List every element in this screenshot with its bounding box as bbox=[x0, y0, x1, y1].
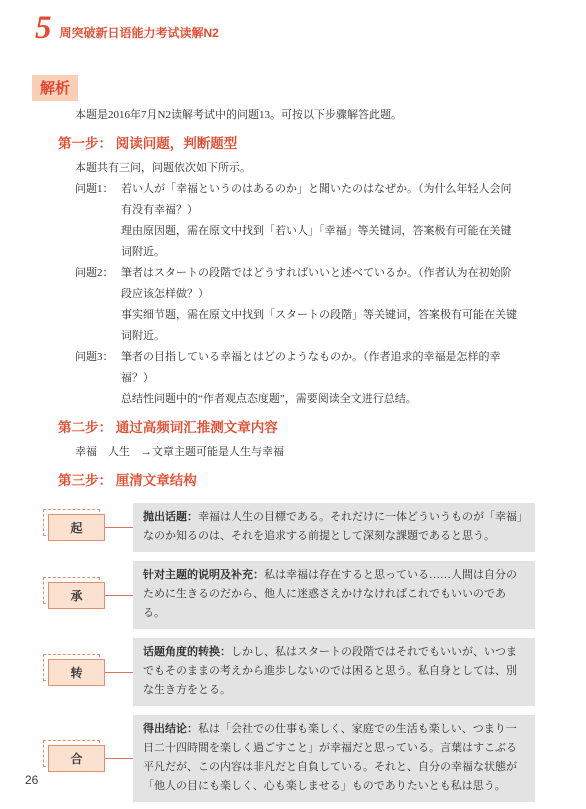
structure-tag-box: 起 bbox=[48, 514, 105, 541]
question-text: 筆者はスタートの段階ではどうすればいいと述べているか。（作者认为在初始阶段应该怎… bbox=[121, 263, 517, 305]
structure-diagram: 起 抛出话题：幸福は人生の目標である。それだけに一体どういうものが「幸福」なのか… bbox=[32, 503, 535, 802]
structure-tag-box: 转 bbox=[48, 659, 105, 686]
question-item-2: 问题2： 筆者はスタートの段階ではどうすればいいと述べているか。（作者认为在初始… bbox=[75, 263, 517, 347]
structure-tag-box: 合 bbox=[48, 745, 105, 772]
structure-row-left: 承 bbox=[32, 582, 133, 609]
intro-paragraph: 本题是2016年7月N2读解考试中的问题13。可按以下步骤解答此题。 bbox=[75, 104, 537, 126]
structure-lead: 得出结论： bbox=[143, 723, 198, 735]
question-item-3: 问题3： 筆者の目指している幸福とはどのようなものか。（作者追求的幸福是怎样的幸… bbox=[75, 347, 517, 410]
question-body: 筆者の目指している幸福とはどのようなものか。（作者追求的幸福是怎样的幸福？） 总… bbox=[121, 347, 517, 410]
book-page: 5 周突破新日语能力考试读解N2 解析 本题是2016年7月N2读解考试中的问题… bbox=[0, 0, 586, 809]
question-text: 若い人が「幸福というのはあるのか」と聞いたのはなぜか。（为什么年轻人会问有没有幸… bbox=[121, 179, 517, 221]
question-body: 筆者はスタートの段階ではどうすればいいと述べているか。（作者认为在初始阶段应该怎… bbox=[121, 263, 517, 347]
structure-row-he: 合 得出结论：私は「会社での仕事も楽しく、家庭での生活も楽しい、つまり一日二十四… bbox=[32, 715, 535, 802]
structure-text-block: 得出结论：私は「会社での仕事も楽しく、家庭での生活も楽しい、つまり一日二十四時間… bbox=[133, 715, 535, 802]
week-number: 5 bbox=[35, 12, 52, 45]
step1-heading: 第一步： 阅读问题，判断题型 bbox=[58, 133, 537, 155]
tag-label: 承 bbox=[48, 582, 105, 609]
keywords-line: 幸福 人生 →文章主题可能是人生与幸福 bbox=[75, 442, 537, 463]
structure-row-left: 转 bbox=[32, 659, 133, 686]
structure-row-left: 合 bbox=[32, 745, 133, 772]
section-badge: 解析 bbox=[32, 75, 78, 101]
connector-line bbox=[105, 595, 133, 596]
question-label: 问题1： bbox=[75, 179, 121, 263]
step3-heading: 第三步： 厘清文章结构 bbox=[58, 470, 537, 492]
step1-intro: 本题共有三问，问题依次如下所示。 bbox=[75, 158, 537, 179]
tag-label: 转 bbox=[48, 659, 105, 686]
structure-row-qi: 起 抛出话题：幸福は人生の目標である。それだけに一体どういうものが「幸福」なのか… bbox=[32, 503, 535, 552]
structure-tag-box: 承 bbox=[48, 582, 105, 609]
structure-text-block: 针对主题的说明及补充：私は幸福は存在すると思っている……人間は自分のために生きる… bbox=[133, 561, 535, 629]
connector-line bbox=[105, 527, 133, 528]
question-label: 问题3： bbox=[75, 347, 121, 410]
question-list: 问题1： 若い人が「幸福というのはあるのか」と聞いたのはなぜか。（为什么年轻人会… bbox=[75, 179, 517, 410]
page-header: 5 周突破新日语能力考试读解N2 bbox=[35, 12, 219, 45]
connector-line bbox=[105, 672, 133, 673]
question-note: 总结性问题中的“作者观点态度题”，需要阅读全文进行总结。 bbox=[121, 389, 517, 410]
question-note: 事实细节题，需在原文中找到「スタートの段階」等关键词，答案极有可能在关键词附近。 bbox=[121, 305, 517, 347]
structure-row-cheng: 承 针对主题的说明及补充：私は幸福は存在すると思っている……人間は自分のために生… bbox=[32, 561, 535, 629]
structure-lead: 抛出话题： bbox=[143, 511, 198, 523]
connector-line bbox=[105, 758, 133, 759]
question-text: 筆者の目指している幸福とはどのようなものか。（作者追求的幸福是怎样的幸福？） bbox=[121, 347, 517, 389]
structure-row-left: 起 bbox=[32, 514, 133, 541]
tag-label: 合 bbox=[48, 745, 105, 772]
structure-lead: 针对主题的说明及补充： bbox=[143, 569, 264, 581]
structure-text: 私は「会社での仕事も楽しく、家庭での生活も楽しい、つまり一日二十四時間を楽しく過… bbox=[143, 723, 517, 792]
question-label: 问题2： bbox=[75, 263, 121, 347]
structure-text-block: 话题角度的转换：しかし、私はスタートの段階ではそれでもいいが、いつまでもそのまま… bbox=[133, 638, 535, 706]
structure-row-zhuan: 转 话题角度的转换：しかし、私はスタートの段階ではそれでもいいが、いつまでもその… bbox=[32, 638, 535, 706]
main-content: 本题是2016年7月N2读解考试中的问题13。可按以下步骤解答此题。 第一步： … bbox=[32, 104, 537, 809]
step2-heading: 第二步： 通过高频词汇推测文章内容 bbox=[58, 417, 537, 439]
question-body: 若い人が「幸福というのはあるのか」と聞いたのはなぜか。（为什么年轻人会问有没有幸… bbox=[121, 179, 517, 263]
structure-text-block: 抛出话题：幸福は人生の目標である。それだけに一体どういうものが「幸福」なのか知る… bbox=[133, 503, 535, 552]
question-item-1: 问题1： 若い人が「幸福というのはあるのか」と聞いたのはなぜか。（为什么年轻人会… bbox=[75, 179, 517, 263]
tag-label: 起 bbox=[48, 514, 105, 541]
structure-lead: 话题角度的转换： bbox=[143, 646, 231, 658]
page-number: 26 bbox=[25, 773, 38, 787]
structure-text: 幸福は人生の目標である。それだけに一体どういうものが「幸福」なのか知るのは、それ… bbox=[143, 511, 523, 542]
question-note: 理由原因题，需在原文中找到「若い人」「幸福」等关键词，答案极有可能在关键词附近。 bbox=[121, 221, 517, 263]
book-title: 周突破新日语能力考试读解N2 bbox=[60, 25, 219, 45]
